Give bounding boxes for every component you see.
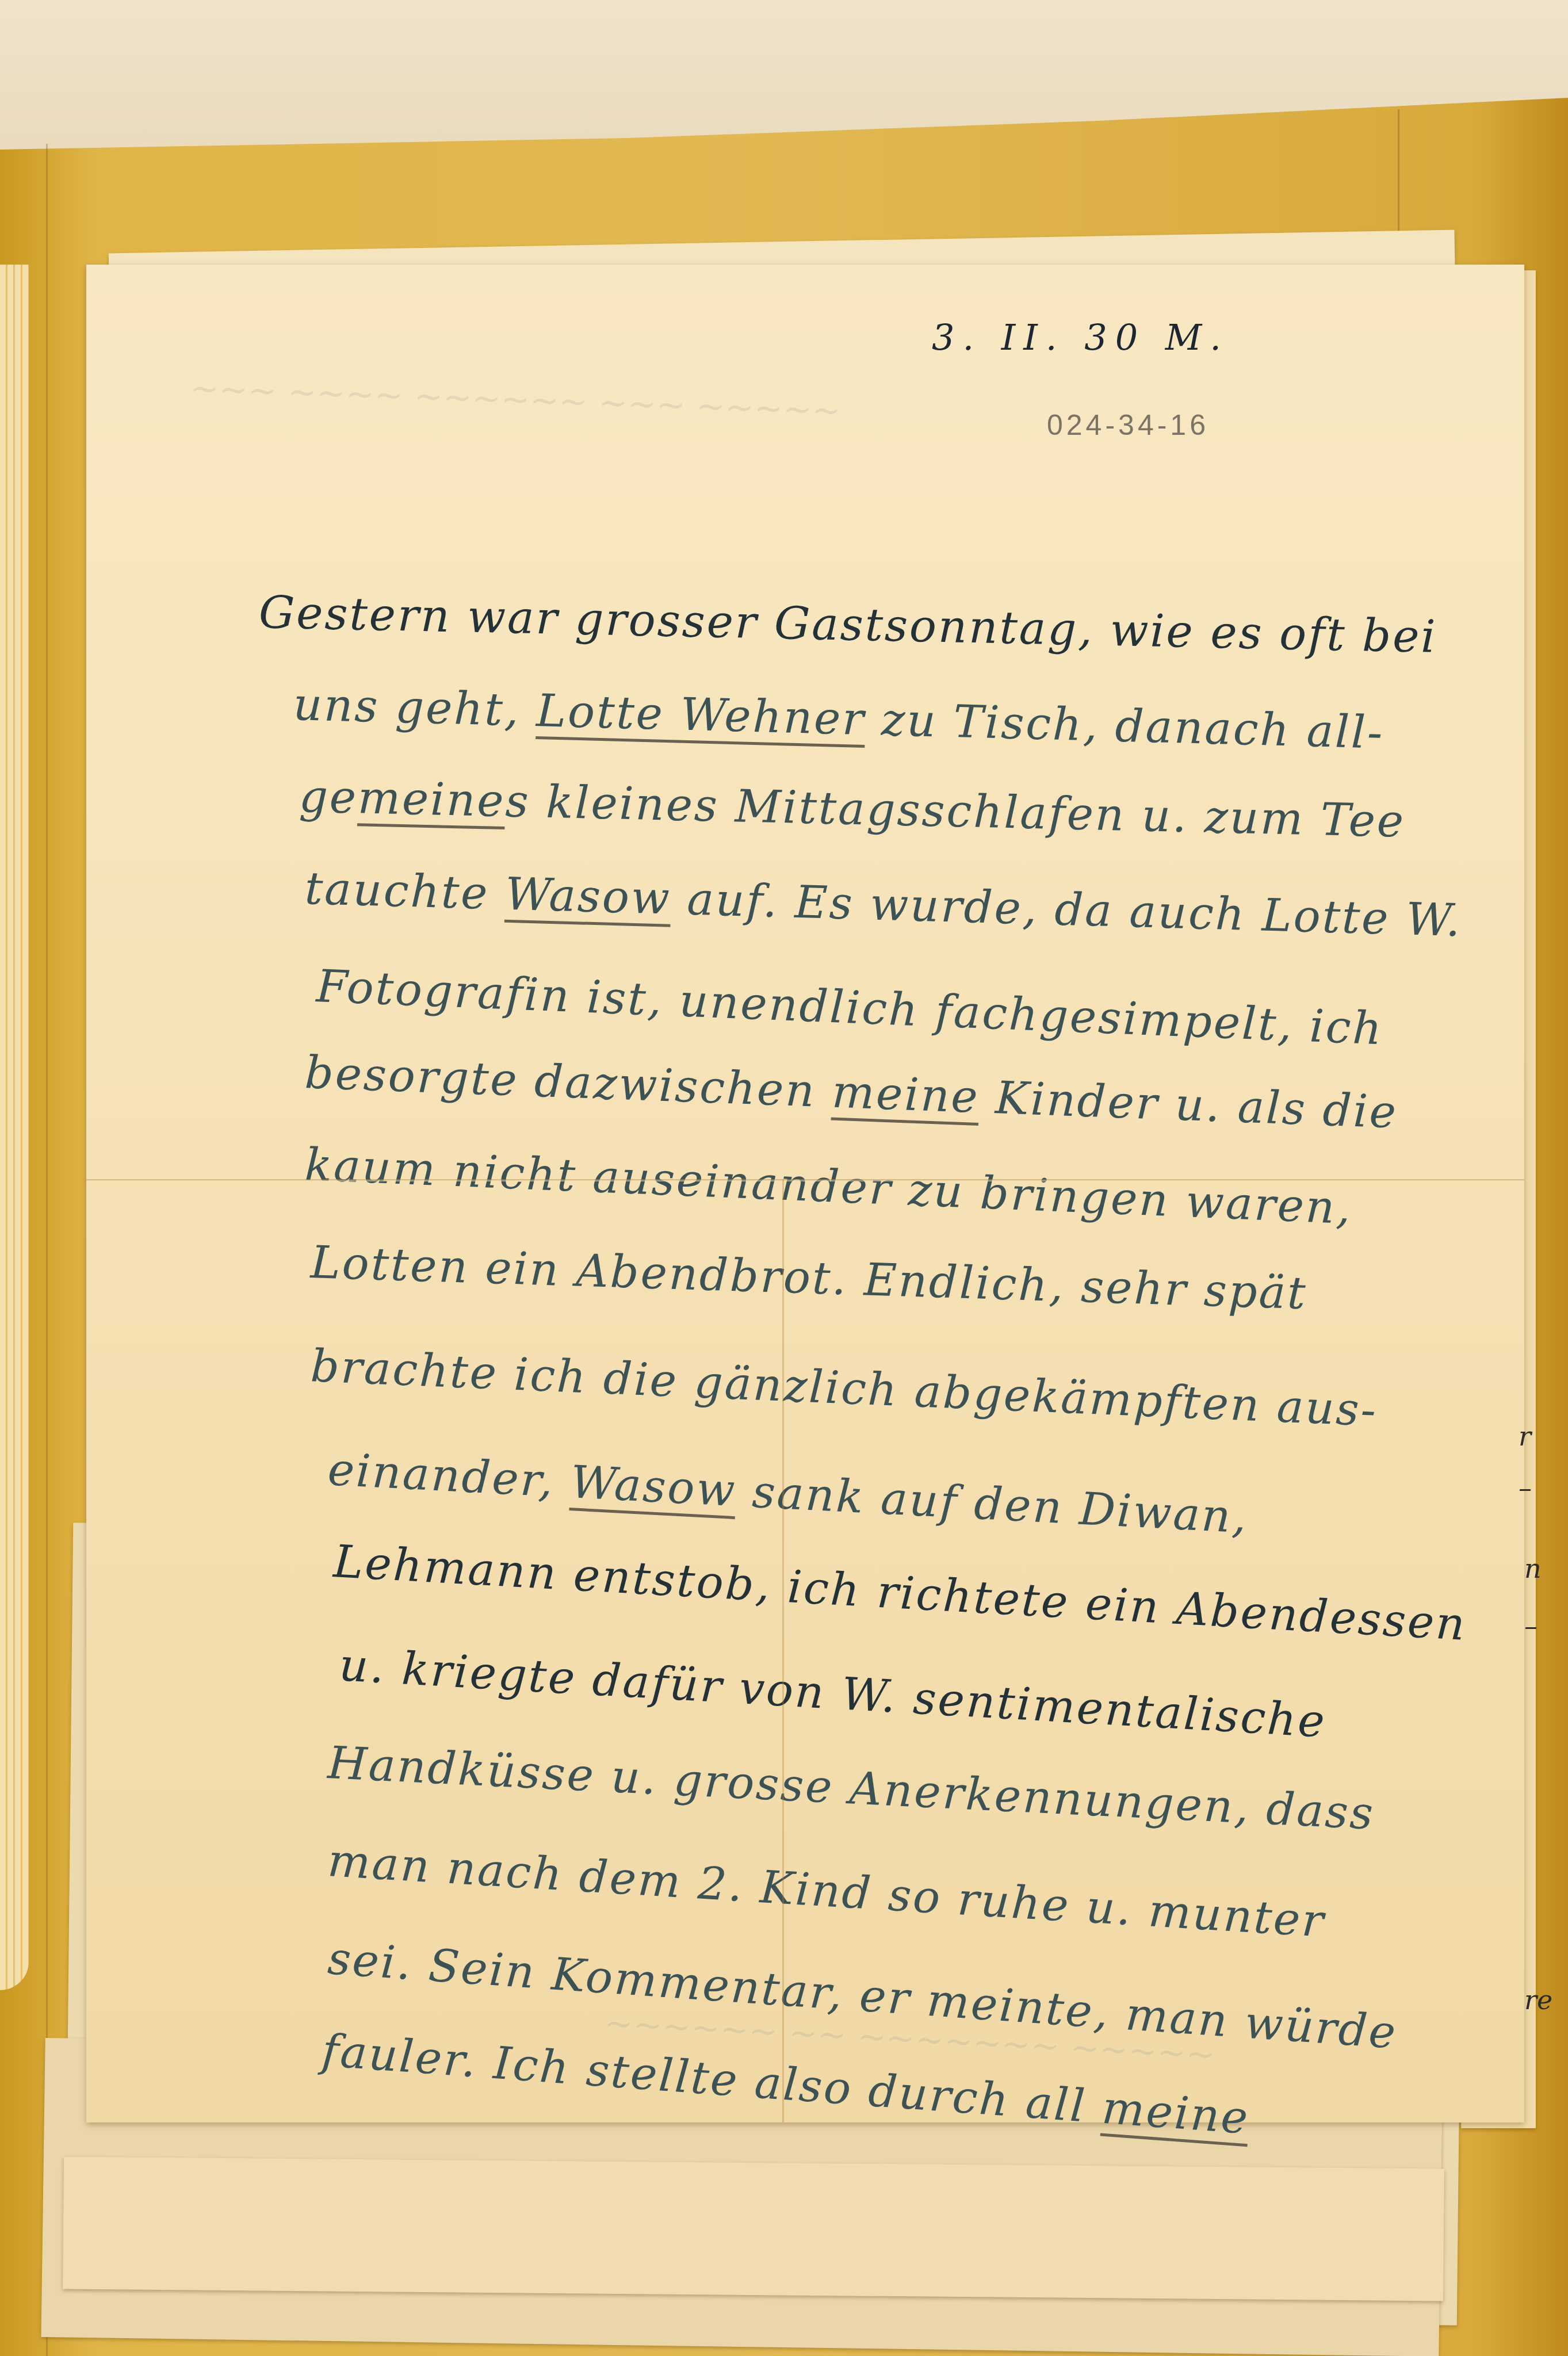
margin-fragment: – — [1519, 1472, 1532, 1504]
letter-line-13: Handküsse u. grosse Anerkennungen, dass — [327, 1737, 1376, 1840]
underlined-word: Wasow — [504, 869, 672, 925]
folder-side-annotation — [1519, 288, 1565, 748]
letter-line-9: brachte ich die gänzlich abgekämpften au… — [309, 1340, 1379, 1437]
letter-date: 3. II. 30 M. — [932, 316, 1229, 358]
letter-line-3: gemeines kleines Mittagsschlafen u. zum … — [299, 771, 1406, 848]
folder-crease-left — [46, 144, 48, 2356]
letter-line-8: Lotten ein Abendbrot. Endlich, sehr spät — [310, 1237, 1308, 1319]
underlying-sheet-bottom-2 — [63, 2157, 1444, 2301]
handwritten-letter: ~~~ ~~~~ ~~~~~~ ~~~ ~~~~~ ~~~~~~ ~~ ~~~~… — [86, 265, 1524, 2122]
letter-line-12: u. kriegte dafür von W. sentimentalische — [338, 1639, 1328, 1748]
underlined-word: meine — [1100, 2082, 1251, 2145]
margin-fragment: r — [1519, 1421, 1531, 1452]
underlined-word: Lotte Wehner — [536, 685, 866, 745]
letter-line-6: besorgte dazwischen meine Kinder u. als … — [304, 1047, 1398, 1139]
margin-fragment: n — [1524, 1553, 1542, 1584]
horizontal-fold — [86, 1179, 1524, 1181]
underlined-word: meine — [831, 1066, 981, 1123]
show-through-text: ~~~ ~~~~ ~~~~~~ ~~~ ~~~~~ — [189, 368, 842, 431]
underlined-word: meine — [357, 772, 506, 827]
underlined-word: Wasow — [569, 1456, 738, 1517]
letter-line-2: uns geht, Lotte Wehner zu Tisch, danach … — [293, 679, 1385, 759]
margin-fragment: re — [1524, 1984, 1552, 2015]
vertical-fold — [782, 1179, 784, 2122]
letter-line-10: einander, Wasow sank auf den Diwan, — [327, 1444, 1250, 1544]
letter-line-11: Lehmann entstob, ich richtete ein Abende… — [332, 1536, 1467, 1651]
letter-line-7: kaum nicht auseinander zu bringen waren, — [304, 1139, 1353, 1234]
margin-fragment: – — [1524, 1611, 1538, 1642]
letter-line-4: tauchte Wasow auf. Es wurde, da auch Lot… — [304, 863, 1463, 947]
letter-line-14: man nach dem 2. Kind so ruhe u. munter — [326, 1835, 1326, 1948]
letter-line-5: Fotografin ist, unendlich fachgesimpelt,… — [315, 961, 1384, 1055]
archive-number: 024-34-16 — [1047, 408, 1209, 442]
letter-line-1: Gestern war grosser Gastsonntag, wie es … — [258, 587, 1437, 663]
left-paper-stack — [0, 265, 29, 1990]
